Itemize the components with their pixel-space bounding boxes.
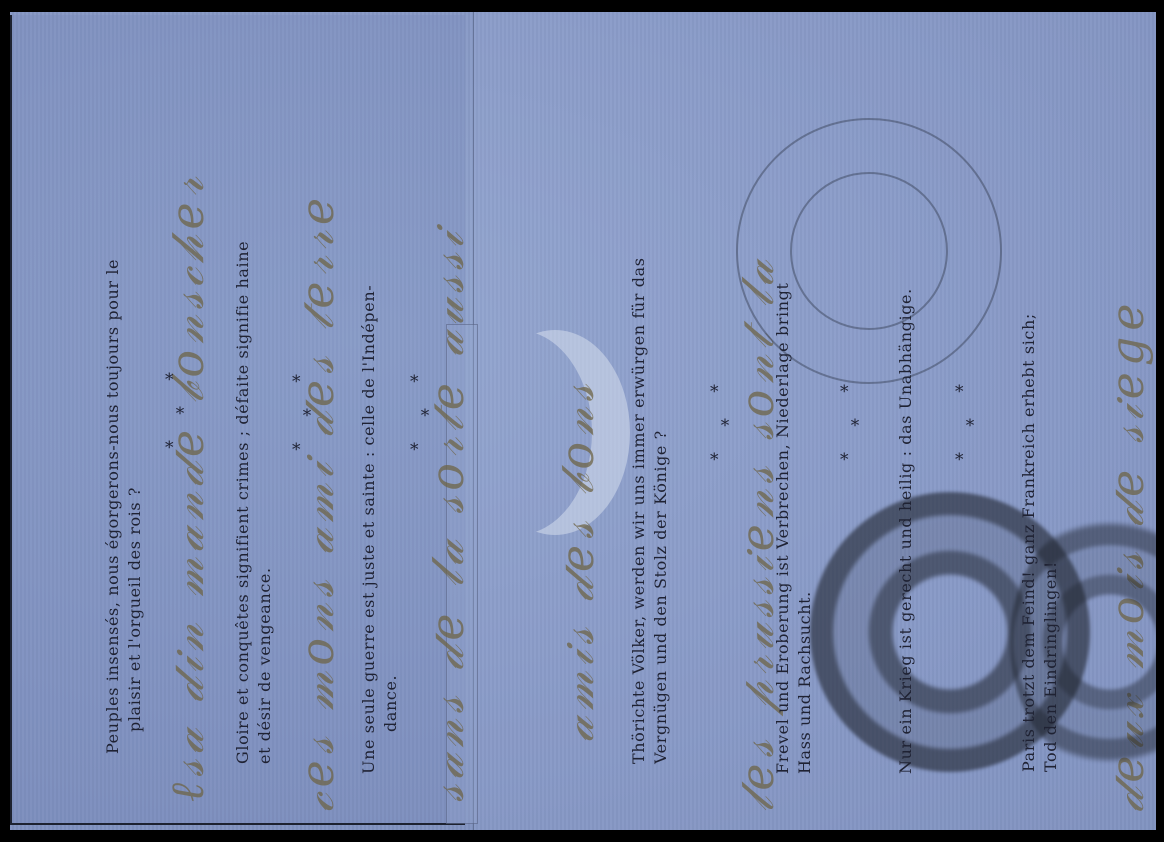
text-line: Peuples insensés, nous égorgerons-nous t… bbox=[102, 259, 124, 754]
french-paragraph-1: Peuples insensés, nous égorgerons-nous t… bbox=[102, 259, 146, 754]
text-line: Frevel und Eroberung ist Verbrechen, Nie… bbox=[772, 282, 794, 774]
text-line: Nur ein Krieg ist gerecht und heilig : d… bbox=[895, 288, 917, 774]
text-line: Gloire et conquêtes signifient crimes ; … bbox=[232, 241, 254, 764]
text-line: et désir de vengeance. bbox=[254, 241, 276, 764]
asterisk-separator: * ** bbox=[955, 384, 974, 469]
text-line: Thörichte Völker, werden wir uns immer e… bbox=[628, 257, 650, 764]
handwriting-column: ℓ𝓈𝒶 𝒹𝒾𝓃 𝓂𝒶𝓃𝒹𝑒 𝒷𝑜𝓃𝓈𝒸𝒽𝑒𝓇 bbox=[160, 171, 216, 802]
lettersheet: ℓ𝓈𝒶 𝒹𝒾𝓃 𝓂𝒶𝓃𝒹𝑒 𝒷𝑜𝓃𝓈𝒸𝒽𝑒𝓇 𝒸𝑒𝓈 𝓂𝑜𝓃𝓈 𝒶𝓂𝒾 𝒹𝑒𝓈 … bbox=[10, 12, 1156, 830]
german-paragraph-2: Frevel und Eroberung ist Verbrechen, Nie… bbox=[772, 282, 816, 774]
handwriting-column: 𝒶𝓂𝒾𝓈 𝒹𝑒𝓈 𝒷𝑜𝓃𝓈 bbox=[550, 379, 606, 742]
text-line: Paris trotzt dem Feind! ganz Frankreich … bbox=[1018, 313, 1040, 772]
asterisk-separator: * ** bbox=[840, 384, 859, 469]
handwriting-column: 𝓈𝒶𝓃𝓈 𝒹𝑒 𝓁𝒶 𝓈𝑜𝓇𝓉𝑒 𝒶𝓊𝓈𝓈𝒾 bbox=[420, 227, 476, 802]
german-paragraph-1: Thörichte Völker, werden wir uns immer e… bbox=[628, 257, 672, 764]
french-paragraph-2: Gloire et conquêtes signifient crimes ; … bbox=[232, 241, 276, 764]
text-line: Hass und Rachsucht. bbox=[794, 282, 816, 774]
text-line: Tod den Eindringlingen! bbox=[1040, 313, 1062, 772]
handwriting-column: 𝒸𝑒𝓈 𝓂𝑜𝓃𝓈 𝒶𝓂𝒾 𝒹𝑒𝓈 𝓉𝑒𝓇𝓇𝑒 bbox=[290, 192, 346, 812]
text-line: plaisir et l'orgueil des rois ? bbox=[124, 259, 146, 754]
asterisk-separator: * ** bbox=[165, 372, 184, 457]
german-paragraph-4: Paris trotzt dem Feind! ganz Frankreich … bbox=[1018, 313, 1062, 772]
text-line: dance. bbox=[380, 285, 402, 774]
asterisk-separator: * ** bbox=[410, 374, 429, 459]
text-line: Vergnügen und den Stolz der Könige ? bbox=[650, 257, 672, 764]
german-paragraph-3: Nur ein Krieg ist gerecht und heilig : d… bbox=[895, 288, 917, 774]
asterisk-separator: * ** bbox=[292, 374, 311, 459]
asterisk-separator: * ** bbox=[710, 384, 729, 469]
text-line: Une seule guerre est juste et sainte : c… bbox=[358, 285, 380, 774]
french-paragraph-3: Une seule guerre est juste et sainte : c… bbox=[358, 285, 402, 774]
